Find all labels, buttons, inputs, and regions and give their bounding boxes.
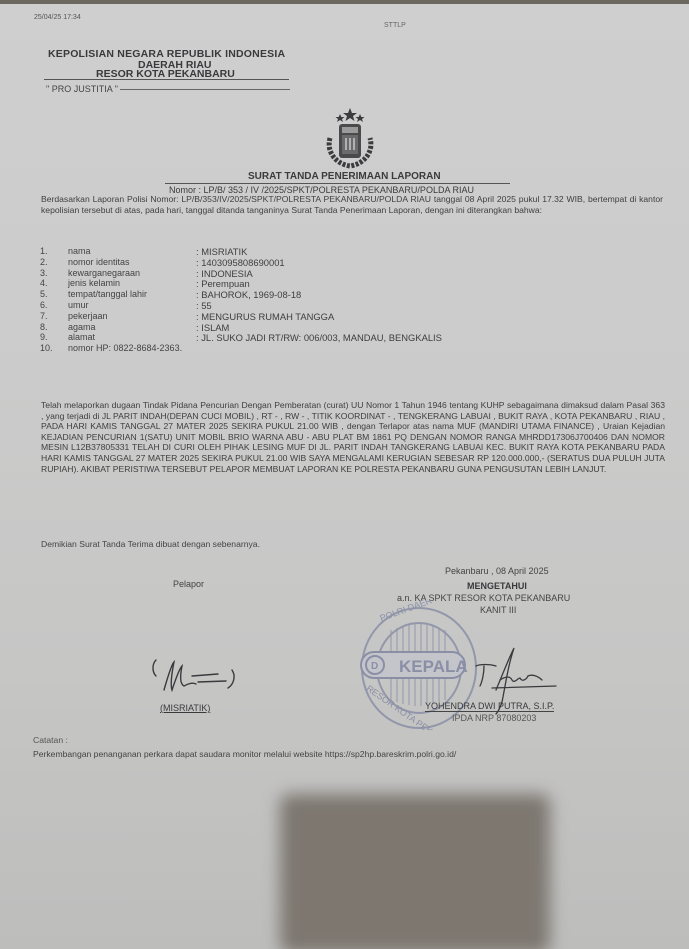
field-number: 7.	[40, 311, 62, 321]
field-label: alamat	[68, 332, 95, 342]
field-value: : INDONESIA	[196, 268, 253, 279]
photo-shadow	[280, 794, 550, 949]
field-label: kewarganegaraan	[68, 268, 140, 278]
svg-text:D: D	[371, 661, 378, 672]
officer-rank-id: IPDA NRP 87080203	[452, 713, 536, 723]
field-value: : Perempuan	[196, 278, 250, 289]
field-label: umur	[68, 300, 89, 310]
field-number: 5.	[40, 289, 62, 299]
field-number: 4.	[40, 278, 62, 288]
field-label: pekerjaan	[68, 311, 108, 321]
field-number: 3.	[40, 268, 62, 278]
reporter-signature	[148, 654, 248, 699]
header-divider	[44, 79, 289, 80]
classification-label: " PRO JUSTITIA "	[46, 84, 118, 94]
field-value: : ISLAM	[196, 322, 229, 333]
print-timestamp: 25/04/25 17:34	[34, 14, 81, 21]
title-divider	[165, 183, 510, 184]
field-number: 1.	[40, 246, 62, 256]
closing-statement: Demikian Surat Tanda Terima dibuat denga…	[41, 539, 260, 549]
field-label: jenis kelamin	[68, 278, 120, 288]
place-date: Pekanbaru , 08 April 2025	[445, 566, 549, 576]
intro-paragraph: Berdasarkan Laporan Polisi Nomor: LP/B/3…	[41, 194, 663, 215]
field-number: 10.	[40, 343, 62, 353]
field-number: 2.	[40, 257, 62, 267]
report-paragraph: Telah melaporkan dugaan Tindak Pidana Pe…	[41, 400, 665, 474]
officer-name: YOHENDRA DWI PUTRA, S.I.P.	[425, 701, 554, 712]
field-number: 6.	[40, 300, 62, 310]
svg-text:POLRI DAER: POLRI DAER	[379, 600, 434, 623]
field-label: nomor HP: 0822-8684-2363.	[68, 343, 182, 353]
document-paper: 25/04/25 17:34 STTLP KEPOLISIAN NEGARA R…	[0, 4, 689, 949]
field-value: : 1403095808690001	[196, 257, 285, 268]
field-value: : MENGURUS RUMAH TANGGA	[196, 311, 334, 322]
notes-label: Catatan :	[33, 735, 68, 745]
reporter-name: (MISRIATIK)	[160, 703, 210, 713]
unit-label: KANIT III	[480, 605, 516, 615]
document-title: SURAT TANDA PENERIMAAN LAPORAN	[248, 171, 441, 182]
field-label: agama	[68, 322, 96, 332]
print-document-code: STTLP	[384, 22, 406, 29]
field-value: : BAHOROK, 1969-08-18	[196, 289, 301, 300]
notes-text: Perkembangan penanganan perkara dapat sa…	[33, 749, 456, 759]
field-label: nama	[68, 246, 91, 256]
acknowledged-label: MENGETAHUI	[467, 581, 527, 591]
field-value: : 55	[196, 300, 212, 311]
reporter-label: Pelapor	[173, 579, 204, 589]
field-number: 9.	[40, 332, 62, 342]
svg-text:KEPALA: KEPALA	[399, 657, 468, 676]
police-emblem-icon	[318, 108, 382, 170]
field-label: nomor identitas	[68, 257, 130, 267]
field-number: 8.	[40, 322, 62, 332]
classification-divider	[120, 89, 290, 90]
field-label: tempat/tanggal lahir	[68, 289, 147, 299]
field-value: : JL. SUKO JADI RT/RW: 006/003, MANDAU, …	[196, 332, 442, 343]
field-value: : MISRIATIK	[196, 246, 247, 257]
